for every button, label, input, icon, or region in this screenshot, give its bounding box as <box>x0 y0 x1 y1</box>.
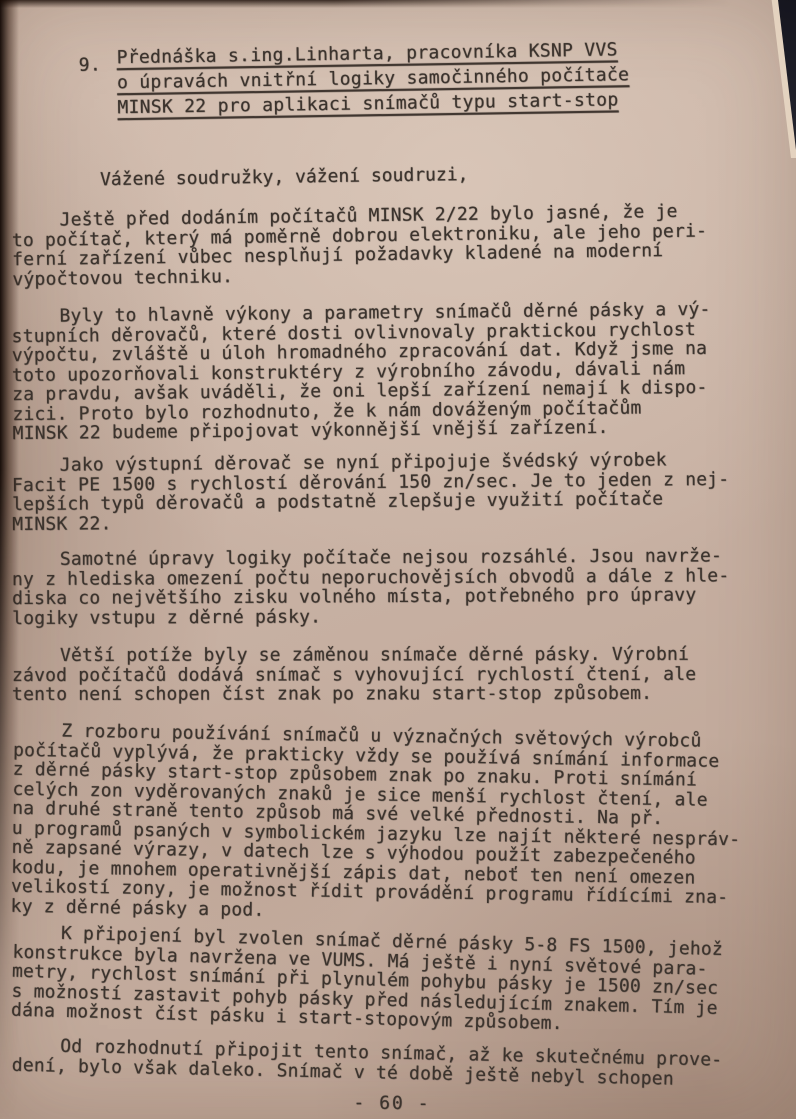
paragraph-7: K připojení byl zvolen snímač děrné pásk… <box>11 922 773 1038</box>
text-line: Větší potíže byly se záměnou snímače děr… <box>12 645 772 666</box>
paragraph-1: Ještě před dodáním počítačů MINSK 2/22 b… <box>11 200 772 289</box>
text-line: závod počítačů dodává snímač s vyhovujíc… <box>12 664 772 685</box>
paragraph-8: Od rozhodnutí připojit tento snímač, až … <box>12 1036 773 1091</box>
page-number: - 60 - <box>12 1090 772 1117</box>
lecture-heading: 9. Přednáška s.ing.Linharta, pracovníka … <box>116 35 772 120</box>
paragraph-6: Z rozboru používání snímačů u význačných… <box>10 720 773 927</box>
heading-lines: Přednáška s.ing.Linharta, pracovníka KSN… <box>116 35 772 120</box>
book-binding-shadow <box>0 0 19 1119</box>
paragraph-5: Větší potíže byly se záměnou snímače děr… <box>12 645 772 705</box>
scanned-document-page: 9. Přednáška s.ing.Linharta, pracovníka … <box>0 0 796 1119</box>
salutation: Vážené soudružky, vážení soudruzi, <box>100 161 772 190</box>
page-top-edge-shadow <box>0 0 796 8</box>
text-line: diska co největšího zisku volného místa,… <box>12 585 772 608</box>
heading-number: 9. <box>79 52 102 77</box>
paragraph-4: Samotné úpravy logiky počítače nejsou ro… <box>12 546 772 628</box>
text-line: tento není schopen číst znak po znaku st… <box>12 684 772 705</box>
paragraph-3: Jako výstupní děrovač se nyní připojuje … <box>12 449 773 534</box>
text-line: logiky vstupu z děrné pásky. <box>12 605 772 628</box>
paragraph-2: Byly to hlavně výkony a parametry snímač… <box>11 299 772 443</box>
page-content: 9. Přednáška s.ing.Linharta, pracovníka … <box>0 0 796 1110</box>
